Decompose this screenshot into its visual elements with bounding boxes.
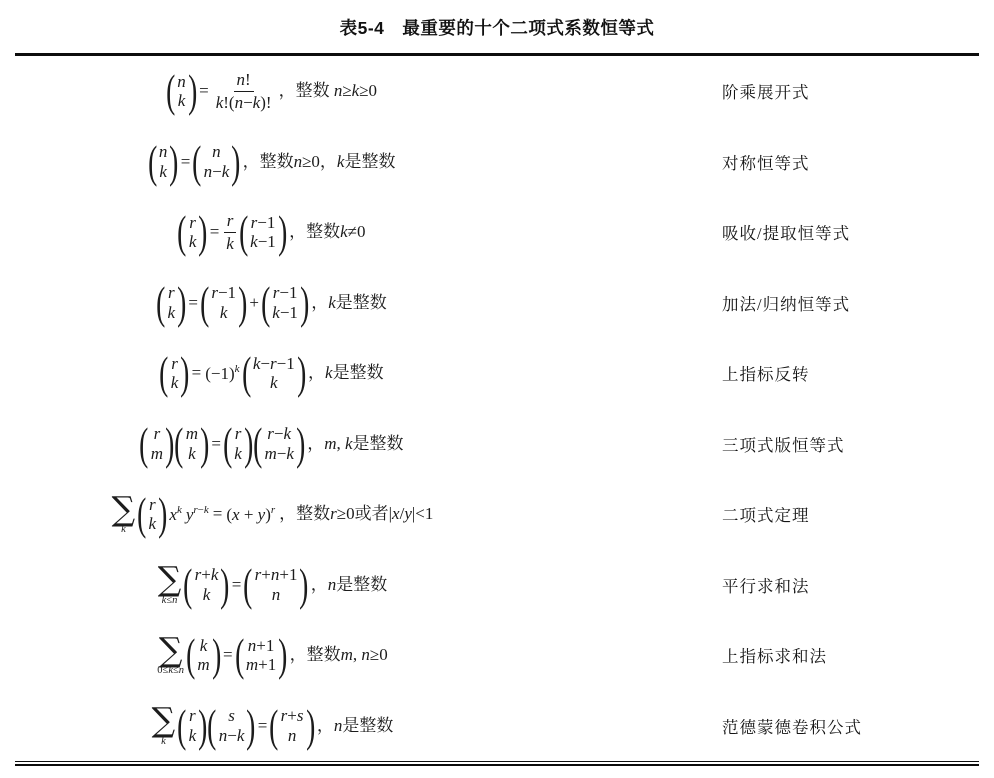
- math-text: r: [171, 354, 178, 374]
- right-paren: ): [278, 211, 287, 253]
- left-paren: (: [253, 423, 262, 465]
- math-text: k: [235, 363, 240, 375]
- binomial-coefficient: (mk): [175, 423, 208, 465]
- left-paren: (: [183, 564, 192, 606]
- identity-name: 加法/归纳恒等式: [722, 291, 850, 315]
- left-paren: (: [140, 423, 149, 465]
- math-text: k: [121, 525, 126, 536]
- math-text: =: [210, 222, 220, 242]
- binomial-coefficient: (n+1m+1): [236, 634, 287, 676]
- math-text: =: [213, 504, 223, 524]
- left-paren: (: [148, 141, 157, 183]
- math-text: m: [186, 424, 198, 444]
- math-text: n−k: [219, 726, 245, 746]
- binomial-coefficient: (rk): [178, 211, 206, 253]
- math-text: ，整数k≠0: [289, 222, 365, 242]
- math-text: k: [200, 636, 208, 656]
- math-text: r: [154, 424, 161, 444]
- binomial-coefficient: (r−1k−1): [240, 211, 286, 253]
- identity-name: 范德蒙德卷积公式: [722, 714, 862, 738]
- math-text: r−k: [267, 424, 291, 444]
- left-paren: (: [192, 141, 201, 183]
- math-text: k: [161, 737, 166, 748]
- table-row: ∑k(rk)xkyr−k=(x + y)r，整数r≥0或者|x/y|<1二项式定…: [0, 479, 994, 550]
- math-text: k: [189, 726, 197, 746]
- math-text: m+1: [246, 655, 276, 675]
- math-text: k: [220, 303, 228, 323]
- right-paren: ): [300, 564, 309, 606]
- identity-name: 对称恒等式: [722, 150, 810, 174]
- left-paren: (: [223, 423, 232, 465]
- left-paren: (: [208, 705, 217, 747]
- summation: ∑k≤n: [158, 563, 182, 606]
- math-text: k: [149, 514, 157, 534]
- table-row: ∑k(rk)(sn−k)=(r+sn)，n是整数范德蒙德卷积公式: [0, 691, 994, 762]
- math-text: r: [189, 706, 196, 726]
- math-text: r+s: [281, 706, 304, 726]
- math-text: ，k是整数: [311, 293, 387, 313]
- left-paren: (: [159, 352, 168, 394]
- math-text: n: [159, 142, 168, 162]
- math-text: =: [232, 575, 242, 595]
- math-text: k−r−1: [253, 354, 295, 374]
- math-text: s: [228, 706, 235, 726]
- right-paren: ): [238, 282, 247, 324]
- math-text: n: [212, 142, 221, 162]
- binomial-coefficient: (km): [187, 634, 220, 676]
- math-text: k: [178, 91, 186, 111]
- identity-formula: (rk)=(−1)k(k−r−1k)，k是整数: [0, 338, 545, 409]
- summation: ∑k: [112, 493, 136, 536]
- right-paren: ): [246, 705, 255, 747]
- math-text: =: [258, 716, 268, 736]
- superscript: r: [271, 504, 275, 516]
- power-expression: (−1)k: [205, 363, 239, 384]
- right-paren: ): [220, 564, 229, 606]
- identity-formula: (rk)=rk(r−1k−1)，整数k≠0: [0, 197, 545, 268]
- math-text: n+1: [248, 636, 275, 656]
- identity-name: 三项式版恒等式: [722, 432, 845, 456]
- binomial-coefficient: (rm): [140, 423, 173, 465]
- power-expression: xk: [169, 504, 181, 525]
- left-paren: (: [261, 282, 270, 324]
- left-paren: (: [177, 705, 186, 747]
- binomial-coefficient: (r+n+1n): [244, 564, 307, 606]
- identity-name: 二项式定理: [722, 502, 810, 526]
- left-paren: (: [174, 423, 183, 465]
- math-text: r: [235, 424, 242, 444]
- math-text: k: [270, 373, 278, 393]
- sigma-symbol: ∑: [159, 634, 183, 665]
- identity-formula: (rk)=(r−1k)+(r−1k−1)，k是整数: [0, 268, 545, 339]
- left-paren: (: [156, 282, 165, 324]
- math-text: =: [223, 645, 233, 665]
- math-text: =: [188, 293, 198, 313]
- right-paren: ): [296, 423, 305, 465]
- left-paren: (: [166, 70, 175, 112]
- summation: ∑0≤k≤n: [157, 634, 184, 677]
- right-paren: ): [212, 634, 221, 676]
- table-row: (rk)=(r−1k)+(r−1k−1)，k是整数加法/归纳恒等式: [0, 268, 994, 339]
- math-text: r−1: [251, 213, 276, 233]
- right-paren: ): [198, 705, 207, 747]
- math-text: k: [234, 444, 242, 464]
- math-text: k: [177, 504, 182, 516]
- math-text: k!(n−k)!: [213, 92, 275, 113]
- table-row: ∑0≤k≤n(km)=(n+1m+1)，整数m, n≥0上指标求和法: [0, 620, 994, 691]
- identity-name: 阶乘展开式: [722, 79, 810, 103]
- right-paren: ): [188, 70, 197, 112]
- math-text: r: [271, 504, 275, 516]
- math-text: ，k是整数: [308, 363, 384, 383]
- binomial-coefficient: (r+kk): [184, 564, 228, 606]
- table-row: (nk)=n!k!(n−k)!，整数 n≥k≥0阶乘展开式: [0, 56, 994, 127]
- identity-name: 上指标反转: [722, 361, 810, 385]
- superscript: k: [177, 504, 182, 516]
- math-text: n!: [234, 70, 254, 92]
- math-text: =: [199, 81, 209, 101]
- right-paren: ): [158, 493, 167, 535]
- binomial-coefficient: (nk): [149, 141, 178, 183]
- math-text: k−1: [250, 232, 276, 252]
- math-text: =: [192, 363, 202, 383]
- table-row: (rk)=rk(r−1k−1)，整数k≠0吸收/提取恒等式: [0, 197, 994, 268]
- identity-formula: ∑k≤n(r+kk)=(r+n+1n)，n是整数: [0, 550, 545, 621]
- table-row: ∑k≤n(r+kk)=(r+n+1n)，n是整数平行求和法: [0, 550, 994, 621]
- left-paren: (: [239, 211, 248, 253]
- math-text: ，整数 n≥k≥0: [279, 81, 377, 101]
- binomial-coefficient: (nk): [167, 70, 196, 112]
- math-text: 0≤k≤n: [157, 666, 184, 677]
- math-text: r: [149, 495, 156, 515]
- math-text: (x + y): [226, 505, 271, 524]
- table-row: (nk)=(nn−k)，整数n≥0，k是整数对称恒等式: [0, 127, 994, 198]
- table-bottom-rule: [15, 761, 979, 766]
- right-paren: ): [278, 634, 287, 676]
- math-text: m: [197, 655, 209, 675]
- identity-name: 上指标求和法: [722, 643, 827, 667]
- identity-name: 平行求和法: [722, 573, 810, 597]
- left-paren: (: [269, 705, 278, 747]
- binomial-coefficient: (rk): [157, 282, 185, 324]
- math-text: k−1: [272, 303, 298, 323]
- math-text: r: [224, 211, 237, 233]
- math-text: r+n+1: [255, 565, 298, 585]
- right-paren: ): [165, 423, 174, 465]
- math-text: ，整数n≥0，k是整数: [243, 152, 396, 172]
- table-body: (nk)=n!k!(n−k)!，整数 n≥k≥0阶乘展开式(nk)=(nn−k)…: [0, 56, 994, 761]
- right-paren: ): [177, 282, 186, 324]
- binomial-coefficient: (k−r−1k): [243, 352, 306, 394]
- right-paren: ): [306, 705, 315, 747]
- fraction: n!k!(n−k)!: [213, 70, 275, 112]
- right-paren: ): [200, 423, 209, 465]
- binomial-coefficient: (r−km−k): [254, 423, 304, 465]
- right-paren: ): [297, 352, 306, 394]
- book-page: 表5-4 最重要的十个二项式系数恒等式 (nk)=n!k!(n−k)!，整数 n…: [0, 0, 994, 766]
- math-text: n: [288, 726, 297, 746]
- math-text: n−k: [204, 162, 230, 182]
- right-paren: ): [180, 352, 189, 394]
- table-title: 表5-4 最重要的十个二项式系数恒等式: [0, 0, 994, 40]
- binomial-coefficient: (rk): [178, 705, 206, 747]
- math-text: r−1: [273, 283, 298, 303]
- left-paren: (: [235, 634, 244, 676]
- binomial-coefficient: (sn−k): [208, 705, 254, 747]
- table-row: (rm)(mk)=(rk)(r−km−k)，m, k是整数三项式版恒等式: [0, 409, 994, 480]
- binomial-coefficient: (r+sn): [270, 705, 314, 747]
- math-text: r: [189, 213, 196, 233]
- right-paren: ): [169, 141, 178, 183]
- left-paren: (: [242, 352, 251, 394]
- left-paren: (: [137, 493, 146, 535]
- binomial-coefficient: (nn−k): [193, 141, 239, 183]
- sigma-symbol: ∑: [152, 704, 176, 735]
- table-row: (rk)=(−1)k(k−r−1k)，k是整数上指标反转: [0, 338, 994, 409]
- binomial-coefficient: (rk): [138, 493, 166, 535]
- left-paren: (: [200, 282, 209, 324]
- binomial-coefficient: (rk): [224, 423, 252, 465]
- math-text: r+k: [195, 565, 219, 585]
- math-text: k≤n: [162, 596, 178, 607]
- math-text: k: [203, 585, 211, 605]
- identity-name: 吸收/提取恒等式: [722, 220, 850, 244]
- left-paren: (: [186, 634, 195, 676]
- math-text: n: [272, 585, 281, 605]
- math-text: ，整数m, n≥0: [290, 645, 388, 665]
- math-text: n: [177, 72, 186, 92]
- math-text: =: [181, 152, 191, 172]
- left-paren: (: [243, 564, 252, 606]
- fraction: rk: [223, 211, 237, 253]
- power-expression: (x + y)r: [226, 504, 275, 525]
- left-paren: (: [178, 211, 187, 253]
- math-text: =: [211, 434, 221, 454]
- right-paren: ): [231, 141, 240, 183]
- math-text: m−k: [264, 444, 293, 464]
- math-text: ，整数r≥0或者|x/y|<1: [279, 504, 433, 524]
- math-text: r: [168, 283, 175, 303]
- summation: ∑k: [152, 704, 176, 747]
- math-text: ，n是整数: [311, 575, 388, 595]
- superscript: k: [235, 363, 240, 375]
- math-text: k: [171, 373, 179, 393]
- math-text: +: [249, 293, 259, 313]
- binomial-coefficient: (r−1k−1): [262, 282, 308, 324]
- math-text: ，m, k是整数: [307, 434, 403, 454]
- math-text: ，n是整数: [317, 716, 394, 736]
- math-text: r−k: [193, 504, 208, 516]
- math-text: k: [159, 162, 167, 182]
- right-paren: ): [198, 211, 207, 253]
- power-expression: yr−k: [186, 504, 209, 525]
- math-text: x: [169, 505, 177, 524]
- math-text: k: [189, 232, 197, 252]
- identity-formula: ∑k(rk)xkyr−k=(x + y)r，整数r≥0或者|x/y|<1: [0, 479, 545, 550]
- right-paren: ): [244, 423, 253, 465]
- math-text: k: [168, 303, 176, 323]
- math-text: r−1: [211, 283, 236, 303]
- identity-formula: (nk)=n!k!(n−k)!，整数 n≥k≥0: [0, 56, 545, 127]
- math-text: m: [151, 444, 163, 464]
- identity-formula: ∑0≤k≤n(km)=(n+1m+1)，整数m, n≥0: [0, 620, 545, 691]
- math-text: (−1): [205, 364, 234, 383]
- identity-formula: ∑k(rk)(sn−k)=(r+sn)，n是整数: [0, 691, 545, 762]
- identity-formula: (nk)=(nn−k)，整数n≥0，k是整数: [0, 127, 545, 198]
- sigma-symbol: ∑: [158, 563, 182, 594]
- binomial-coefficient: (rk): [160, 352, 188, 394]
- binomial-coefficient: (r−1k): [201, 282, 246, 324]
- superscript: r−k: [193, 504, 208, 516]
- identity-formula: (rm)(mk)=(rk)(r−km−k)，m, k是整数: [0, 409, 545, 480]
- sigma-symbol: ∑: [112, 493, 136, 524]
- math-text: k: [188, 444, 196, 464]
- right-paren: ): [300, 282, 309, 324]
- math-text: k: [223, 233, 237, 254]
